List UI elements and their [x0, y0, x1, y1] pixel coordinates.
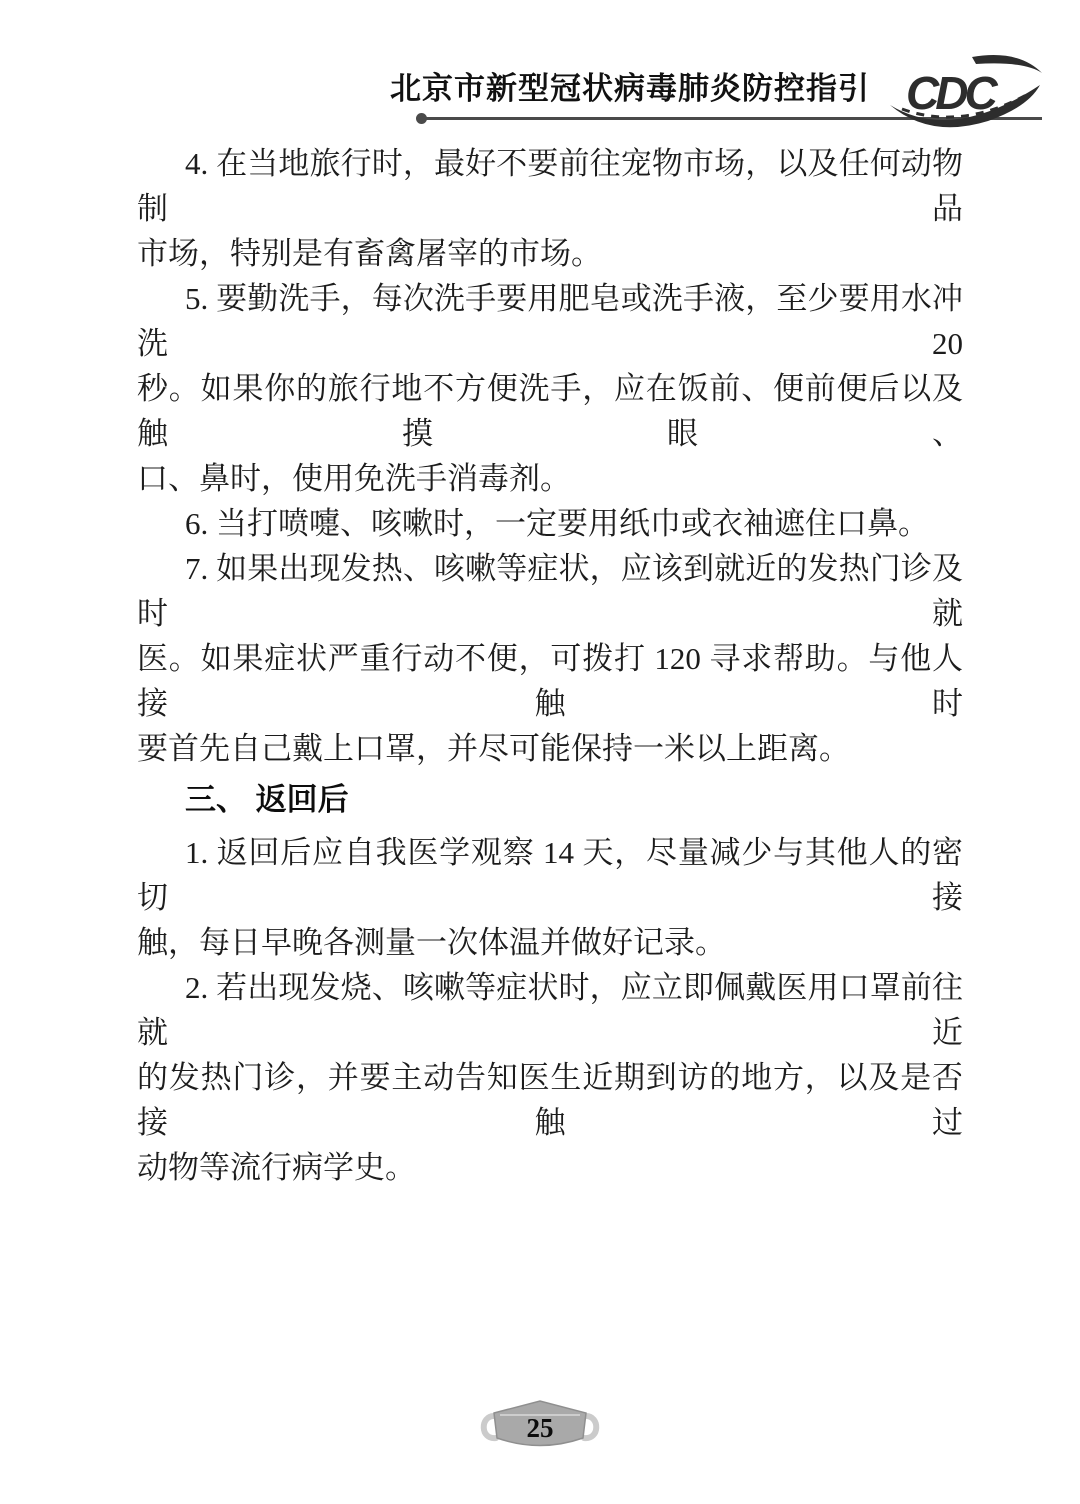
paragraph: 4. 在当地旅行时，最好不要前往宠物市场，以及任何动物制品市场，特别是有畜禽屠宰…	[137, 141, 963, 276]
text-line: 触，每日早晚各测量一次体温并做好记录。	[137, 920, 963, 965]
text-line: 6. 当打喷嚏、咳嗽时，一定要用纸巾或衣袖遮住口鼻。	[137, 501, 963, 546]
page-footer: 25	[0, 1396, 1080, 1459]
paragraph: 5. 要勤洗手，每次洗手要用肥皂或洗手液，至少要用水冲洗 20秒。如果你的旅行地…	[137, 276, 963, 501]
cdc-logo-icon: CDC	[880, 49, 1050, 142]
text-line: 2. 若出现发烧、咳嗽等症状时，应立即佩戴医用口罩前往就近	[137, 965, 963, 1055]
text-line: 秒。如果你的旅行地不方便洗手，应在饭前、便前便后以及触摸眼、	[137, 366, 963, 456]
text-line: 动物等流行病学史。	[137, 1145, 963, 1190]
paragraph: 1. 返回后应自我医学观察 14 天，尽量减少与其他人的密切接触，每日早晚各测量…	[137, 830, 963, 965]
text-line: 4. 在当地旅行时，最好不要前往宠物市场，以及任何动物制品	[137, 141, 963, 231]
paragraph: 6. 当打喷嚏、咳嗽时，一定要用纸巾或衣袖遮住口鼻。	[137, 501, 963, 546]
page-number-mask-icon: 25	[478, 1396, 602, 1459]
page-number: 25	[527, 1413, 554, 1443]
text-line: 的发热门诊，并要主动告知医生近期到访的地方，以及是否接触过	[137, 1055, 963, 1145]
document-title: 北京市新型冠状病毒肺炎防控指引	[390, 73, 870, 118]
paragraph: 2. 若出现发烧、咳嗽等症状时，应立即佩戴医用口罩前往就近的发热门诊，并要主动告…	[137, 965, 963, 1190]
text-line: 7. 如果出现发热、咳嗽等症状，应该到就近的发热门诊及时就	[137, 546, 963, 636]
text-line: 三、 返回后	[137, 777, 963, 822]
text-line: 1. 返回后应自我医学观察 14 天，尽量减少与其他人的密切接	[137, 830, 963, 920]
text-line: 口、鼻时，使用免洗手消毒剂。	[137, 456, 963, 501]
text-line: 市场，特别是有畜禽屠宰的市场。	[137, 231, 963, 276]
text-line: 医。如果症状严重行动不便，可拨打 120 寻求帮助。与他人接触时	[137, 636, 963, 726]
text-line: 5. 要勤洗手，每次洗手要用肥皂或洗手液，至少要用水冲洗 20	[137, 276, 963, 366]
paragraph: 7. 如果出现发热、咳嗽等症状，应该到就近的发热门诊及时就医。如果症状严重行动不…	[137, 546, 963, 771]
section-heading: 三、 返回后	[137, 777, 963, 822]
document-page: 北京市新型冠状病毒肺炎防控指引 CDC 4. 在当地旅行时，最好不要前往宠物市场…	[0, 0, 1080, 1504]
document-body: 4. 在当地旅行时，最好不要前往宠物市场，以及任何动物制品市场，特别是有畜禽屠宰…	[137, 141, 963, 1190]
cdc-logo-text: CDC	[906, 67, 998, 119]
text-line: 要首先自己戴上口罩，并尽可能保持一米以上距离。	[137, 726, 963, 771]
page-header: 北京市新型冠状病毒肺炎防控指引 CDC	[0, 51, 1050, 139]
